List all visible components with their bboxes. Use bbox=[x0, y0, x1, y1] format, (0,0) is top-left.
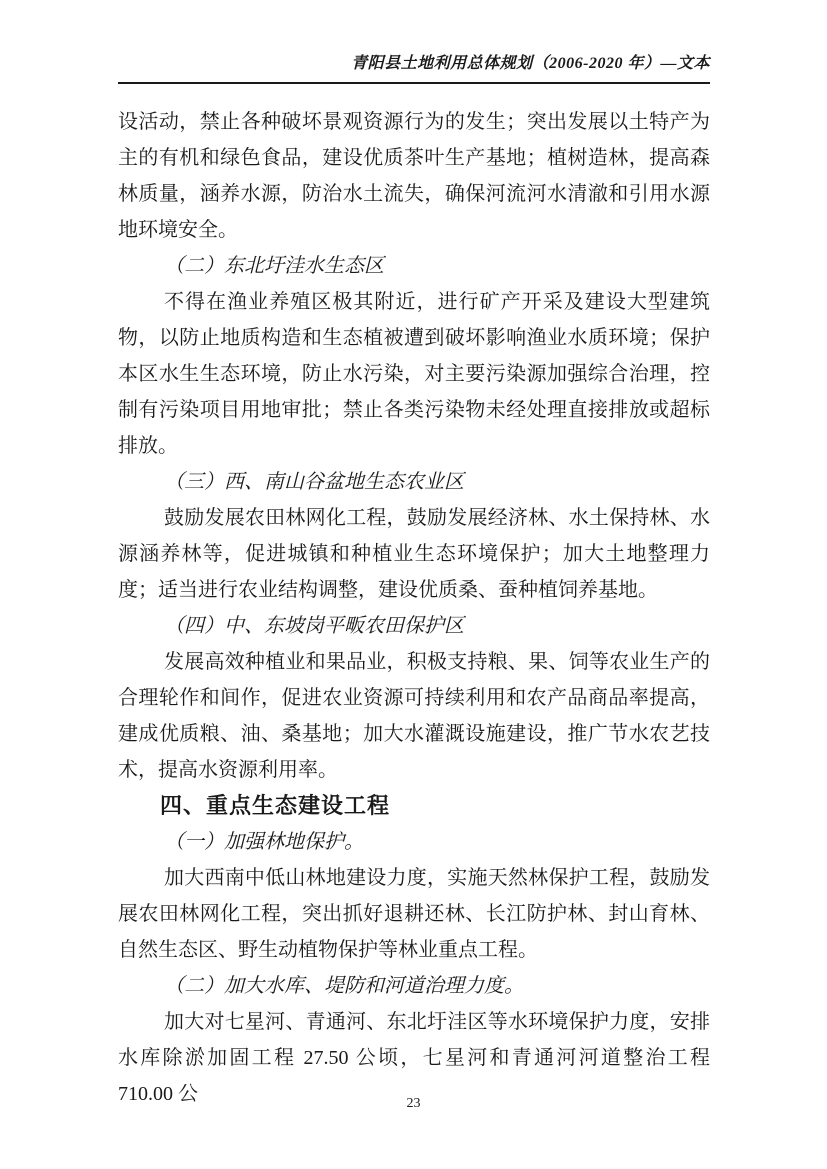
subsection-heading-northeast-wetland: （二）东北圩洼水生态区 bbox=[118, 248, 710, 284]
paragraph: 发展高效种植业和果品业，积极支持粮、果、饲等农业生产的合理轮作和间作，促进农业资… bbox=[118, 644, 710, 788]
page-number: 23 bbox=[407, 1096, 421, 1111]
running-header-title: 青阳县土地利用总体规划（2006-2020 年）—文本 bbox=[351, 55, 710, 72]
section-heading-key-ecological-projects: 四、重点生态建设工程 bbox=[118, 788, 710, 824]
subsection-heading-forest-protection: （一）加强林地保护。 bbox=[118, 824, 710, 860]
paragraph: 加大西南中低山林地建设力度，实施天然林保护工程，鼓励发展农田林网化工程，突出抓好… bbox=[118, 860, 710, 968]
page-header: 青阳县土地利用总体规划（2006-2020 年）—文本 bbox=[118, 50, 710, 84]
page-footer: 23 bbox=[0, 1096, 827, 1112]
paragraph-continuation: 设活动，禁止各种破坏景观资源行为的发生；突出发展以土特产为主的有机和绿色食品，建… bbox=[118, 104, 710, 248]
document-page: 青阳县土地利用总体规划（2006-2020 年）—文本 设活动，禁止各种破坏景观… bbox=[0, 0, 827, 1169]
document-body: 设活动，禁止各种破坏景观资源行为的发生；突出发展以土特产为主的有机和绿色食品，建… bbox=[118, 104, 710, 1112]
subsection-heading-valley-basin-agriculture: （三）西、南山谷盆地生态农业区 bbox=[118, 464, 710, 500]
subsection-heading-reservoir-river-management: （二）加大水库、堤防和河道治理力度。 bbox=[118, 968, 710, 1004]
paragraph: 鼓励发展农田林网化工程，鼓励发展经济林、水土保持林、水源涵养林等，促进城镇和种植… bbox=[118, 500, 710, 608]
subsection-heading-farmland-protection: （四）中、东坡岗平畈农田保护区 bbox=[118, 608, 710, 644]
paragraph: 不得在渔业养殖区极其附近，进行矿产开采及建设大型建筑物，以防止地质构造和生态植被… bbox=[118, 284, 710, 464]
